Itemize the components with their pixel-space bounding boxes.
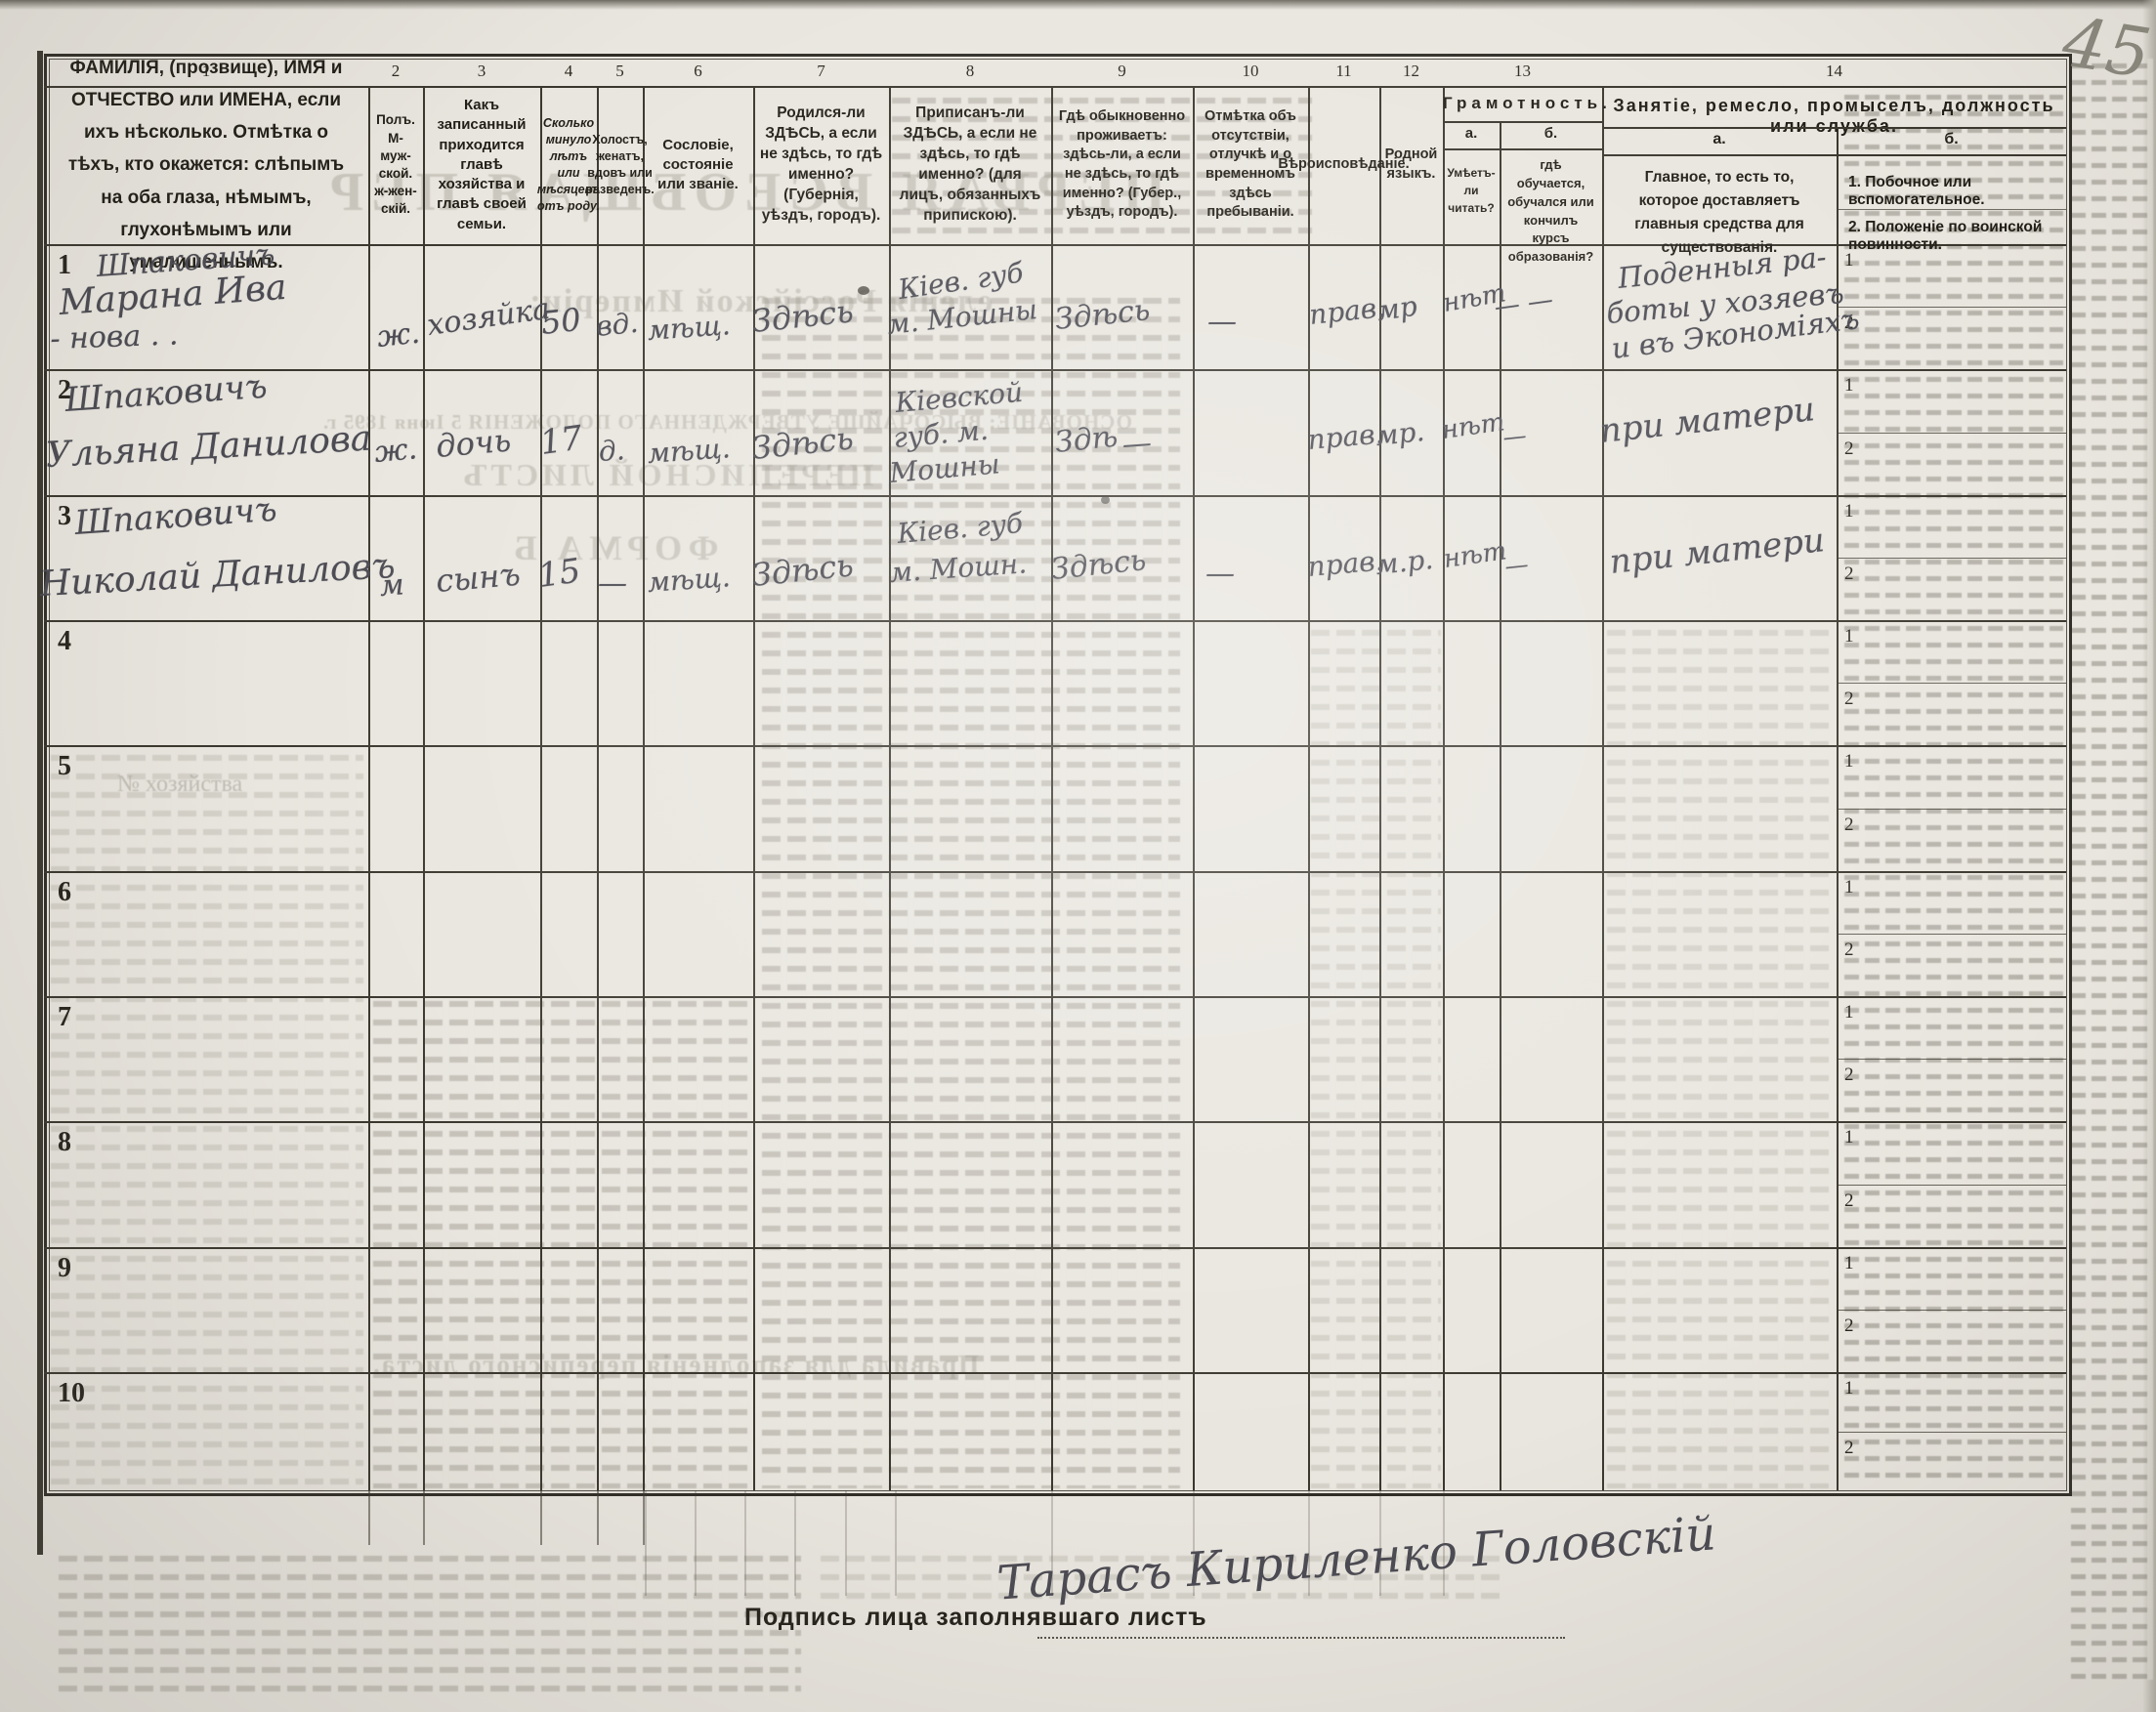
header-marital-column: Холостъ, женатъ, вдовъ или разведенъ. — [603, 90, 637, 240]
column-number-2: 2 — [368, 57, 423, 86]
literacy-title-underline — [1443, 121, 1602, 123]
subcell-number-2: 2 — [1844, 438, 1854, 460]
header-relation-column: Какъ записанный приходится главѣ хозяйст… — [429, 90, 534, 240]
header-literacy-b-label: б. — [1500, 125, 1602, 142]
subcell-number-1: 1 — [1844, 626, 1854, 647]
row-divider — [44, 745, 2066, 747]
column-stub-line — [597, 1490, 599, 1545]
header-occupation-b-label: б. — [1837, 131, 2066, 148]
handwritten-estate: мѣщ. — [647, 432, 732, 470]
occupation-title-underline — [1602, 127, 2066, 129]
header-literacy-b-text: гдѣ обучается, обучался или кончилъ курс… — [1504, 156, 1597, 267]
handwritten-marital: д. — [598, 434, 626, 468]
column-stub-line — [744, 1490, 746, 1596]
occupation-label-underline — [1602, 154, 2066, 156]
subcell-number-1: 1 — [1844, 250, 1854, 271]
column-stub-line — [845, 1490, 847, 1596]
subcell-divider — [1837, 1185, 2066, 1186]
subcell-divider — [1837, 558, 2066, 559]
bleedthrough-text-block — [59, 1551, 801, 1697]
column-divider — [1193, 86, 1195, 1490]
signature-dotted-line — [1037, 1637, 1565, 1639]
handwritten-marital: — — [598, 566, 627, 601]
header-birthplace-column: Родился-ли ЗДѢСЬ, а если не здѣсь, то гд… — [759, 90, 883, 240]
column-number-9: 9 — [1051, 57, 1193, 86]
header-estate-column: Сословіе, состояніе или званіе. — [649, 90, 747, 240]
column13-ab-divider — [1500, 121, 1501, 1490]
handwritten-name: - нова . . — [50, 317, 179, 356]
column-number-10: 10 — [1193, 57, 1308, 86]
header-sex-column: Полъ. М-муж-ской. ж-жен-скій. — [374, 90, 417, 240]
column-divider — [1051, 86, 1053, 1490]
subcell-divider — [1837, 433, 2066, 434]
subcell-number-1: 1 — [1844, 375, 1854, 397]
handwritten-sex: ж. — [375, 316, 421, 355]
handwritten-absence: — — [1205, 557, 1235, 591]
column-number-11: 11 — [1308, 57, 1379, 86]
handwritten-age: 15 — [535, 551, 582, 596]
row-divider — [44, 996, 2066, 998]
handwritten-relation: дочь — [435, 421, 513, 465]
handwritten-absence: — — [1207, 305, 1237, 339]
subcell-number-1: 1 — [1844, 501, 1854, 522]
signature-label: Подпись лица заполнявшаго листъ — [744, 1604, 1207, 1632]
column-number-6: 6 — [643, 57, 753, 86]
handwritten-absence: — — [1121, 426, 1153, 462]
handwritten-marital: вд. — [595, 307, 640, 343]
subcell-divider — [1837, 1310, 2066, 1311]
header-residence-column: Гдѣ обыкновенно проживаетъ: здѣсь-ли, а … — [1057, 90, 1187, 240]
header-name-column: ФАМИЛІЯ, (прозвище), ИМЯ и ОТЧЕСТВО или … — [50, 90, 362, 240]
header-age-column: Сколько минуло лѣтъ или мѣсяцевъ отъ род… — [546, 90, 591, 240]
header-literacy-a-text: Умѣетъ-ли читать? — [1447, 164, 1496, 217]
row-divider — [44, 495, 2066, 497]
header-occupation-b1-text: 1. Побочное или вспомогательное. — [1848, 174, 2054, 209]
row-number-10: 10 — [58, 1378, 85, 1409]
column-stub-line — [645, 1490, 647, 1596]
column-number-7: 7 — [753, 57, 889, 86]
subcell-divider — [1837, 934, 2066, 935]
row-number-1: 1 — [58, 250, 71, 281]
row-divider — [44, 871, 2066, 873]
header-occupation-b2-text: 2. Положеніе по воинской повинности. — [1848, 219, 2054, 254]
header-occupation-a-label: а. — [1602, 131, 1837, 148]
subcell-number-2: 2 — [1844, 1065, 1854, 1086]
sheet-number-pencil: 45 — [2057, 2, 2156, 95]
subcell-number-2: 2 — [1844, 689, 1854, 710]
handwritten-sex: ж. — [373, 432, 419, 470]
ink-blot — [1101, 496, 1110, 504]
row-number-6: 6 — [58, 877, 71, 908]
bleedthrough-text-block — [2071, 59, 2153, 1680]
census-form-page: ПЕРВАЯ ВСЕОБЩАЯ ПЕРеленія Россійской Имп… — [0, 0, 2156, 1712]
subcell-number-2: 2 — [1844, 940, 1854, 961]
ink-blot — [858, 286, 869, 295]
row-divider — [44, 1372, 2066, 1374]
handwritten-literacy_b: — — [1501, 422, 1528, 451]
column-number-13: 13 — [1443, 57, 1602, 86]
handwritten-resides: Здѣ — [1053, 419, 1119, 460]
header-number-underline — [44, 86, 2066, 88]
handwritten-language: мр. — [1374, 415, 1426, 452]
handwritten-literacy_b: — — [1503, 551, 1530, 580]
row-number-8: 8 — [58, 1127, 71, 1158]
handwritten-language: мр — [1374, 290, 1418, 327]
table-left-border — [37, 51, 43, 1555]
handwritten-relation: сынъ — [435, 556, 522, 600]
column-number-12: 12 — [1379, 57, 1443, 86]
column-number-5: 5 — [597, 57, 643, 86]
row-number-4: 4 — [58, 626, 71, 657]
occupation-b-divider — [1837, 209, 2066, 210]
handwritten-estate: мѣщ. — [647, 309, 732, 347]
subcell-number-1: 1 — [1844, 1378, 1854, 1399]
column-stub-line — [794, 1490, 796, 1596]
column-number-8: 8 — [889, 57, 1051, 86]
row-number-3: 3 — [58, 501, 71, 532]
handwritten-age: 17 — [537, 418, 584, 463]
subcell-number-2: 2 — [1844, 1190, 1854, 1212]
subcell-divider — [1837, 809, 2066, 810]
signature-handwriting: Тарасъ Кириленко Головскій — [995, 1506, 1717, 1610]
subcell-number-1: 1 — [1844, 877, 1854, 898]
subcell-number-2: 2 — [1844, 814, 1854, 836]
scan-edge-top — [0, 0, 2156, 10]
header-language-column: Родной языкъ. — [1385, 90, 1437, 240]
handwritten-language: м.р. — [1374, 543, 1435, 581]
row-number-9: 9 — [58, 1253, 71, 1284]
column-divider — [753, 86, 755, 1490]
header-literacy-a-label: а. — [1443, 125, 1500, 142]
subcell-divider — [1837, 1432, 2066, 1433]
column-divider — [643, 86, 645, 1490]
column-number-14: 14 — [1602, 57, 2066, 86]
subcell-divider — [1837, 1059, 2066, 1060]
row-number-7: 7 — [58, 1002, 71, 1033]
column-number-4: 4 — [540, 57, 597, 86]
subcell-number-1: 1 — [1844, 1253, 1854, 1274]
subcell-divider — [1837, 683, 2066, 684]
handwritten-religion: прав. — [1306, 417, 1384, 456]
header-literacy-title: Грамотность. — [1443, 94, 1602, 113]
row-number-5: 5 — [58, 751, 71, 782]
subcell-divider — [1837, 307, 2066, 308]
column-divider — [423, 86, 425, 1490]
subcell-number-1: 1 — [1844, 751, 1854, 772]
column-divider — [368, 86, 370, 1490]
column-number-3: 3 — [423, 57, 540, 86]
subcell-number-2: 2 — [1844, 1315, 1854, 1337]
column-stub-line — [695, 1490, 697, 1596]
subcell-number-2: 2 — [1844, 1438, 1854, 1459]
handwritten-religion: прав. — [1306, 544, 1384, 583]
subcell-number-1: 1 — [1844, 1127, 1854, 1148]
column-divider — [1602, 86, 1604, 1490]
scan-edge-right — [2142, 0, 2156, 1712]
subcell-number-2: 2 — [1844, 564, 1854, 585]
column-stub-line — [540, 1490, 542, 1545]
column-divider — [889, 86, 891, 1490]
row-divider — [44, 369, 2066, 371]
header-registration-column: Приписанъ-ли ЗДѢСЬ, а если не здѣсь, то … — [895, 90, 1045, 240]
column-stub-line — [368, 1490, 370, 1545]
row-divider — [44, 1121, 2066, 1123]
handwritten-age: 50 — [539, 301, 582, 342]
row-divider — [44, 1247, 2066, 1249]
column-divider — [1308, 86, 1310, 1490]
row-divider — [44, 620, 2066, 622]
column-stub-line — [895, 1490, 897, 1596]
literacy-label-underline — [1443, 148, 1602, 150]
handwritten-sex: м — [379, 567, 405, 604]
column-divider — [597, 86, 599, 1490]
handwritten-estate: мѣщ. — [647, 561, 732, 599]
column-stub-line — [423, 1490, 425, 1545]
header-religion-column: Вѣроисповѣданіе. — [1314, 90, 1374, 240]
subcell-number-1: 1 — [1844, 1002, 1854, 1023]
